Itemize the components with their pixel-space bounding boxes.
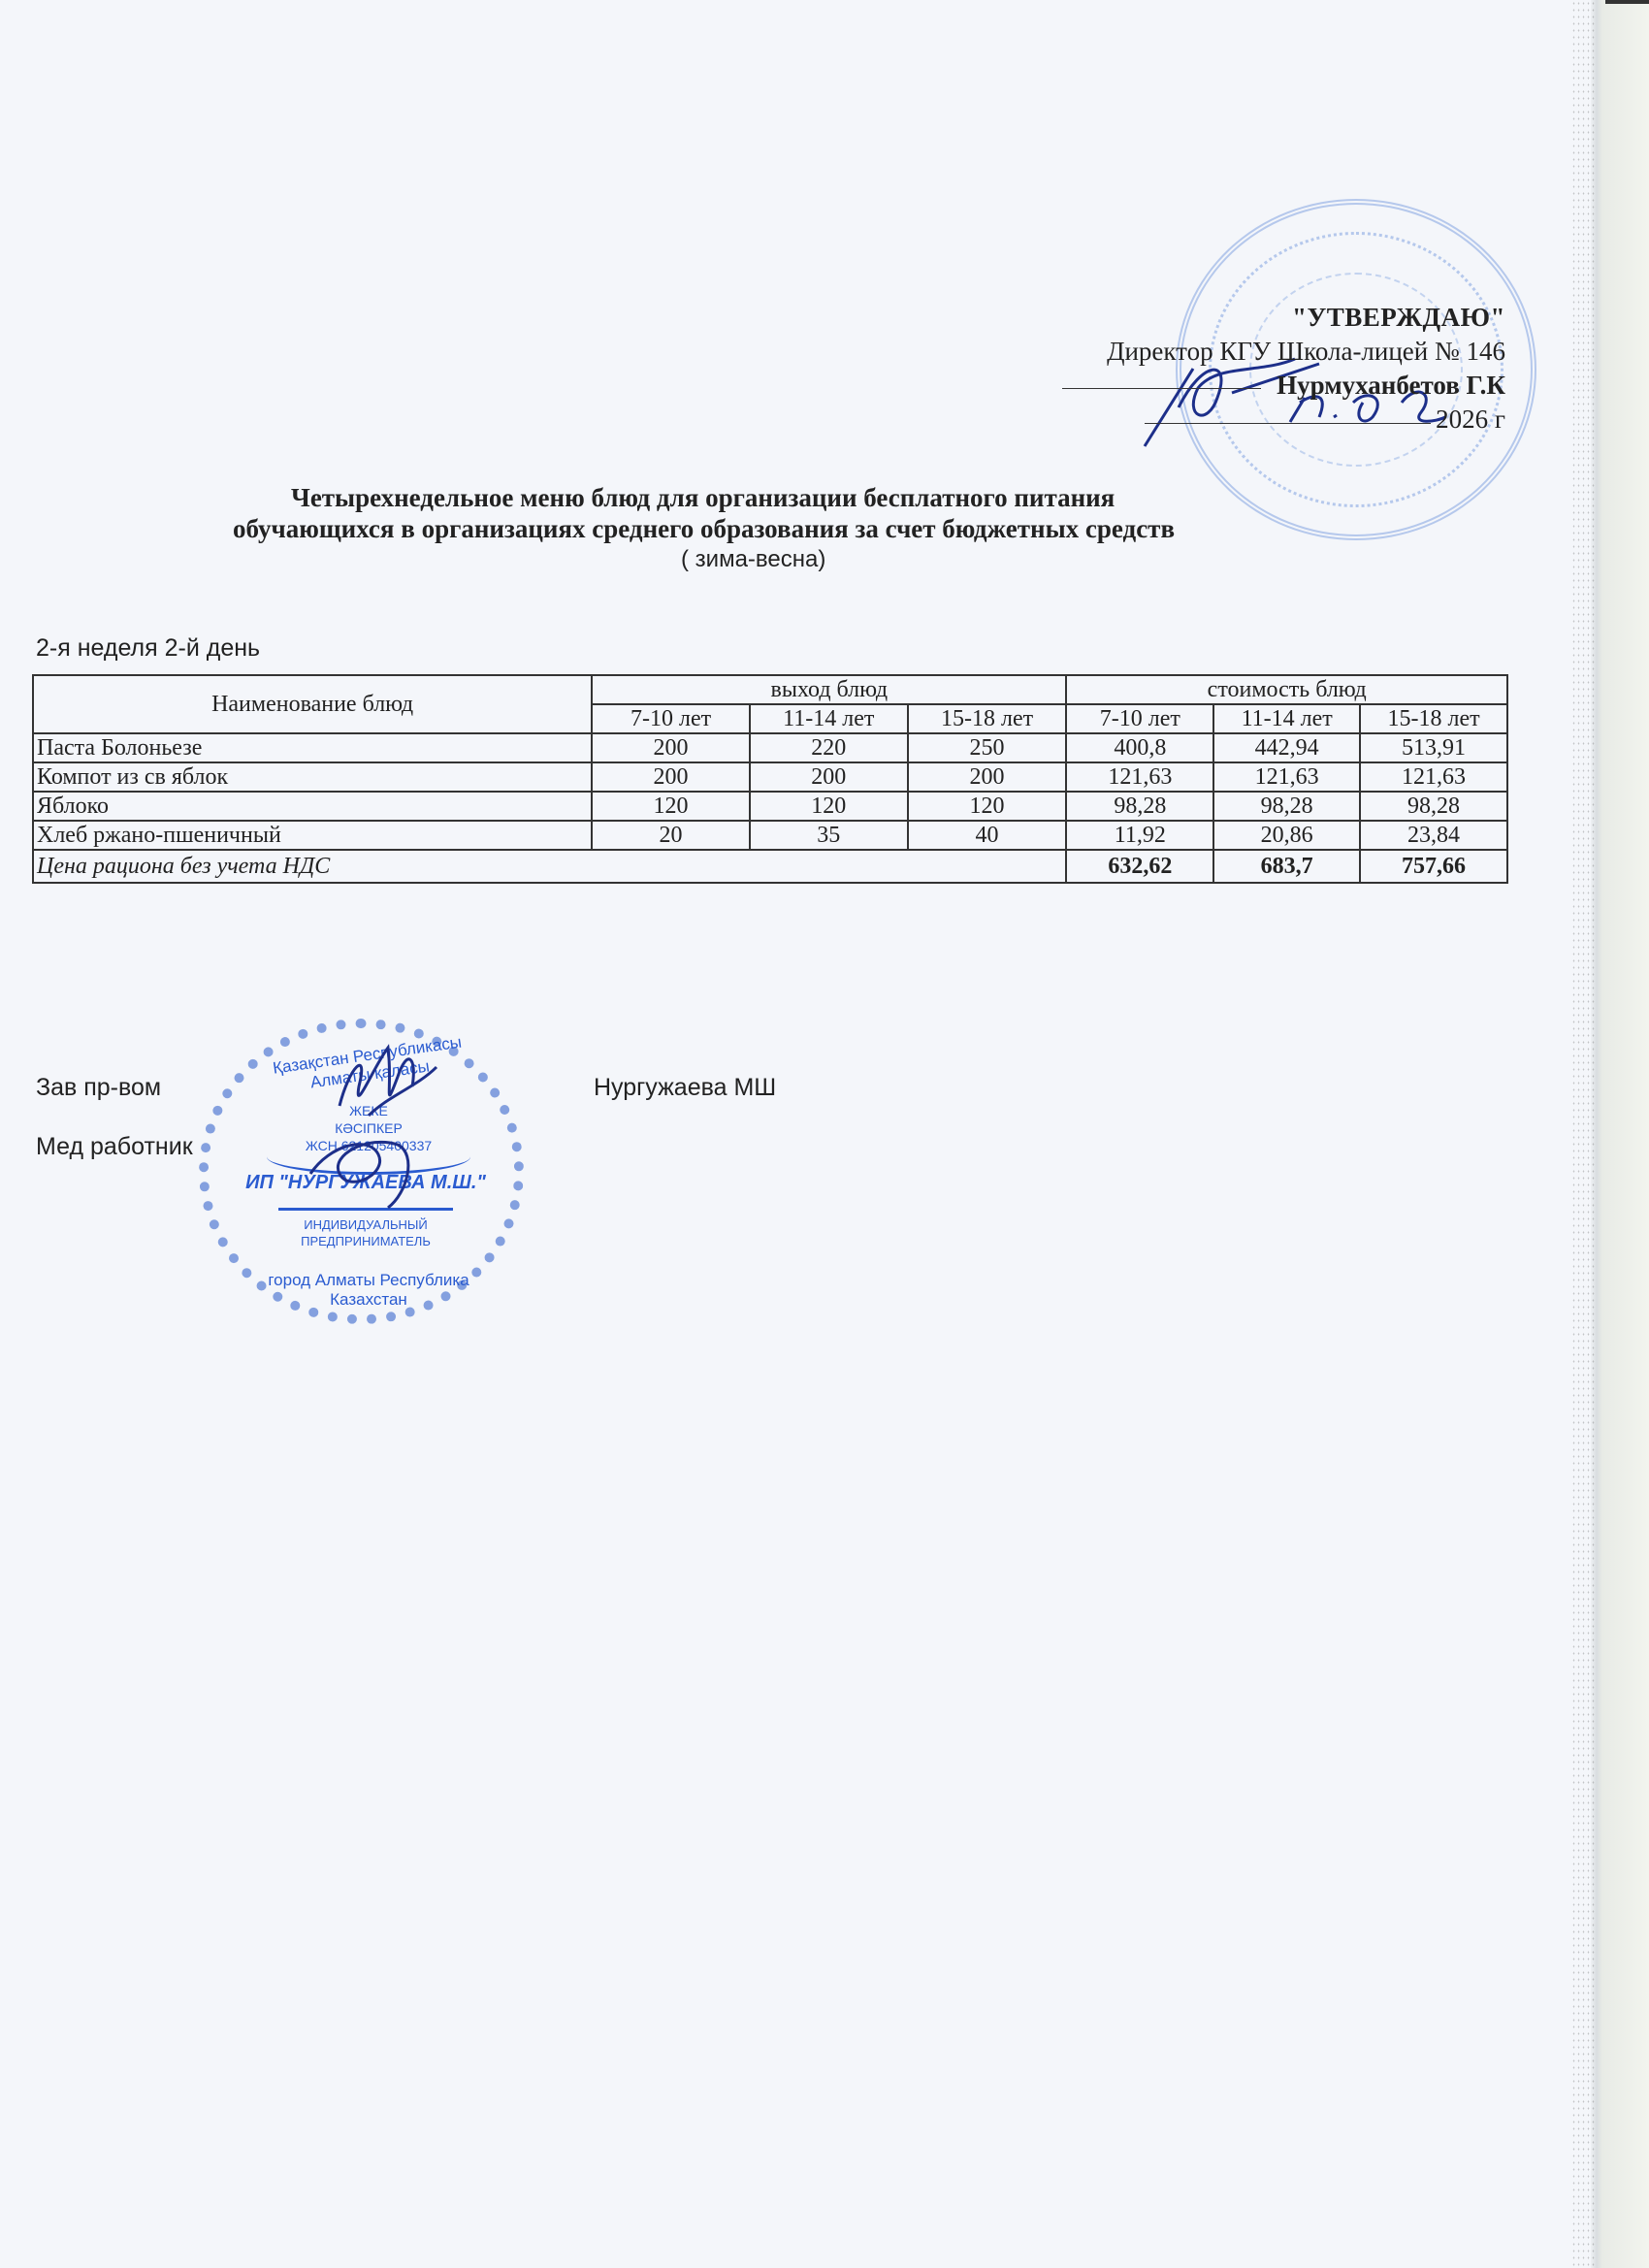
header-dish-name: Наименование блюд bbox=[33, 675, 592, 733]
dish-name: Яблоко bbox=[33, 792, 592, 821]
cost-cell: 121,63 bbox=[1066, 762, 1213, 792]
ip-stamp: Қазақстан Республикасы Алматы қаласы ЖЕК… bbox=[199, 1019, 524, 1324]
cost-cell: 23,84 bbox=[1360, 821, 1507, 850]
table-row: Хлеб ржано-пшеничный 20 35 40 11,92 20,8… bbox=[33, 821, 1507, 850]
production-head-name: Нургужаева МШ bbox=[594, 1074, 776, 1102]
total-row: Цена рациона без учета НДС 632,62 683,7 … bbox=[33, 850, 1507, 883]
yield-cell: 200 bbox=[592, 733, 750, 762]
heading-season: ( зима-весна) bbox=[681, 544, 1649, 575]
table-row: Паста Болоньезе 200 220 250 400,8 442,94… bbox=[33, 733, 1507, 762]
cost-cell: 400,8 bbox=[1066, 733, 1213, 762]
cost-cell: 98,28 bbox=[1360, 792, 1507, 821]
cost-cell: 20,86 bbox=[1213, 821, 1360, 850]
document-heading: Четырехнедельное меню блюд для организац… bbox=[0, 482, 1649, 575]
header-cost-age: 11-14 лет bbox=[1213, 704, 1360, 733]
heading-line-1: Четырехнедельное меню блюд для организац… bbox=[291, 482, 1649, 513]
date-line bbox=[1145, 423, 1431, 424]
approval-title: "УТВЕРЖДАЮ" bbox=[1107, 301, 1505, 335]
approval-name: Нурмуханбетов Г.К bbox=[1107, 369, 1505, 403]
stamp-text: КӘСІПКЕР bbox=[267, 1119, 470, 1137]
yield-cell: 20 bbox=[592, 821, 750, 850]
yield-cell: 35 bbox=[750, 821, 908, 850]
stamp-id-number: ЖСН 621205400337 bbox=[267, 1137, 470, 1154]
yield-cell: 220 bbox=[750, 733, 908, 762]
scanner-top-bar bbox=[1605, 0, 1649, 4]
table-row: Яблоко 120 120 120 98,28 98,28 98,28 bbox=[33, 792, 1507, 821]
stamp-upper-segment: ЖЕКЕ КӘСІПКЕР ЖСН 621205400337 bbox=[267, 1085, 470, 1175]
scanner-page-edge bbox=[1591, 0, 1649, 2268]
approval-position: Директор КГУ Школа-лицей № 146 bbox=[1107, 335, 1505, 369]
approval-year: 2026 г bbox=[1107, 403, 1505, 437]
signature-line bbox=[1062, 388, 1261, 389]
yield-cell: 40 bbox=[908, 821, 1067, 850]
stamp-lower-segment: ИНДИВИДУАЛЬНЫЙ ПРЕДПРИНИМАТЕЛЬ bbox=[278, 1208, 453, 1270]
cost-cell: 121,63 bbox=[1360, 762, 1507, 792]
yield-cell: 200 bbox=[908, 762, 1067, 792]
table-row: Компот из св яблок 200 200 200 121,63 12… bbox=[33, 762, 1507, 792]
cost-cell: 121,63 bbox=[1213, 762, 1360, 792]
dish-name: Компот из св яблок bbox=[33, 762, 592, 792]
scan-noise bbox=[1571, 0, 1595, 2268]
yield-cell: 200 bbox=[750, 762, 908, 792]
production-head-label: Зав пр-вом bbox=[36, 1074, 161, 1102]
header-yield: выход блюд bbox=[592, 675, 1066, 704]
total-cost-cell: 632,62 bbox=[1066, 850, 1213, 883]
approval-block: "УТВЕРЖДАЮ" Директор КГУ Школа-лицей № 1… bbox=[1107, 301, 1505, 437]
medic-label: Мед работник bbox=[36, 1133, 193, 1161]
yield-cell: 120 bbox=[750, 792, 908, 821]
dish-name: Хлеб ржано-пшеничный bbox=[33, 821, 592, 850]
stamp-ip-name: ИП "НУРГУЖАЕВА М.Ш." bbox=[220, 1172, 511, 1194]
yield-cell: 120 bbox=[592, 792, 750, 821]
header-cost-age: 7-10 лет bbox=[1066, 704, 1213, 733]
yield-cell: 250 bbox=[908, 733, 1067, 762]
yield-cell: 200 bbox=[592, 762, 750, 792]
total-label: Цена рациона без учета НДС bbox=[33, 850, 1066, 883]
header-yield-age: 7-10 лет bbox=[592, 704, 750, 733]
header-yield-age: 11-14 лет bbox=[750, 704, 908, 733]
header-cost: стоимость блюд bbox=[1066, 675, 1507, 704]
dish-name: Паста Болоньезе bbox=[33, 733, 592, 762]
header-yield-age: 15-18 лет bbox=[908, 704, 1067, 733]
stamp-text: ИНДИВИДУАЛЬНЫЙ bbox=[278, 1216, 453, 1233]
stamp-ring-bottom-text: город Алматы Республика Казахстан bbox=[247, 1271, 490, 1310]
menu-table: Наименование блюд выход блюд стоимость б… bbox=[32, 674, 1508, 884]
cost-cell: 98,28 bbox=[1066, 792, 1213, 821]
cost-cell: 98,28 bbox=[1213, 792, 1360, 821]
yield-cell: 120 bbox=[908, 792, 1067, 821]
cost-cell: 513,91 bbox=[1360, 733, 1507, 762]
total-cost-cell: 757,66 bbox=[1360, 850, 1507, 883]
total-cost-cell: 683,7 bbox=[1213, 850, 1360, 883]
week-day-label: 2-я неделя 2-й день bbox=[36, 634, 260, 663]
heading-line-2: обучающихся в организациях среднего обра… bbox=[233, 513, 1649, 544]
cost-cell: 11,92 bbox=[1066, 821, 1213, 850]
stamp-text: ПРЕДПРИНИМАТЕЛЬ bbox=[278, 1233, 453, 1249]
stamp-text: ЖЕКЕ bbox=[267, 1102, 470, 1119]
cost-cell: 442,94 bbox=[1213, 733, 1360, 762]
header-cost-age: 15-18 лет bbox=[1360, 704, 1507, 733]
